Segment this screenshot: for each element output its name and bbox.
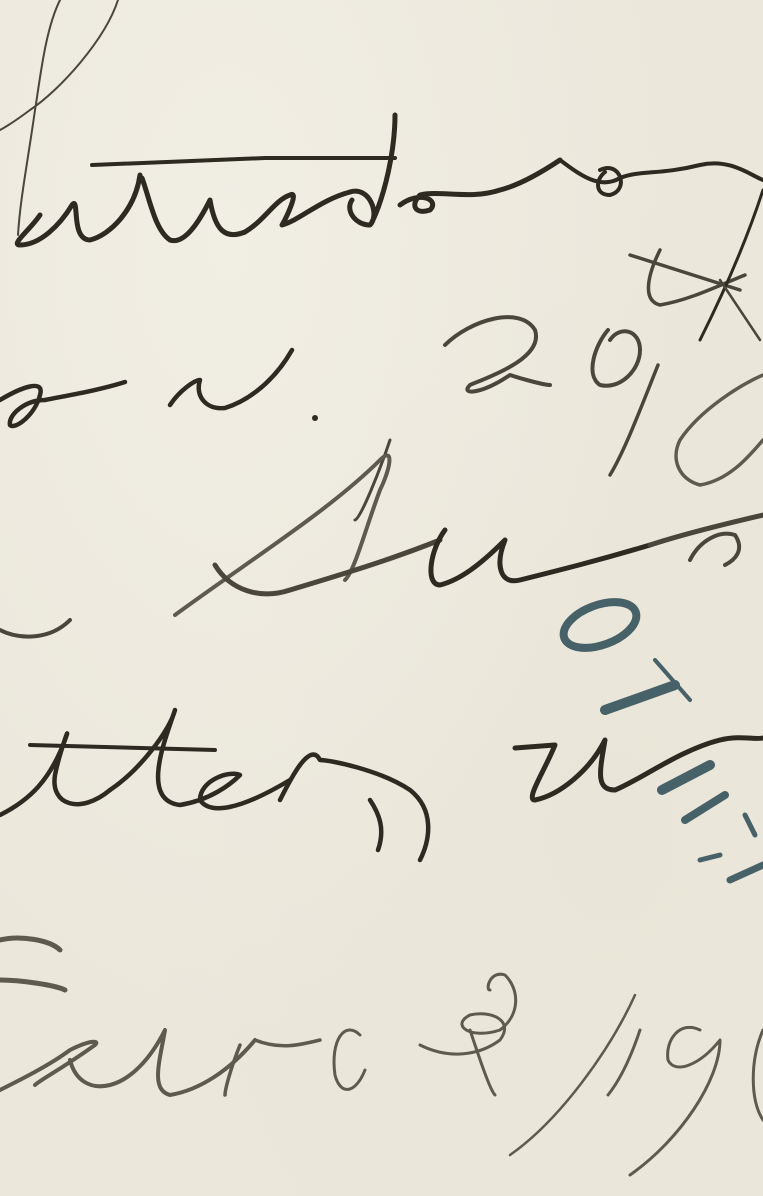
word-saturday (17, 115, 763, 245)
handwriting-ink (0, 0, 763, 1196)
word-letter (0, 710, 763, 860)
word-susan (0, 455, 763, 636)
document-scan: Saturday an. 20th, 19 Sus tter, W Enero … (0, 0, 763, 1196)
word-enero-date (0, 938, 763, 1175)
superscript-th (630, 190, 763, 340)
